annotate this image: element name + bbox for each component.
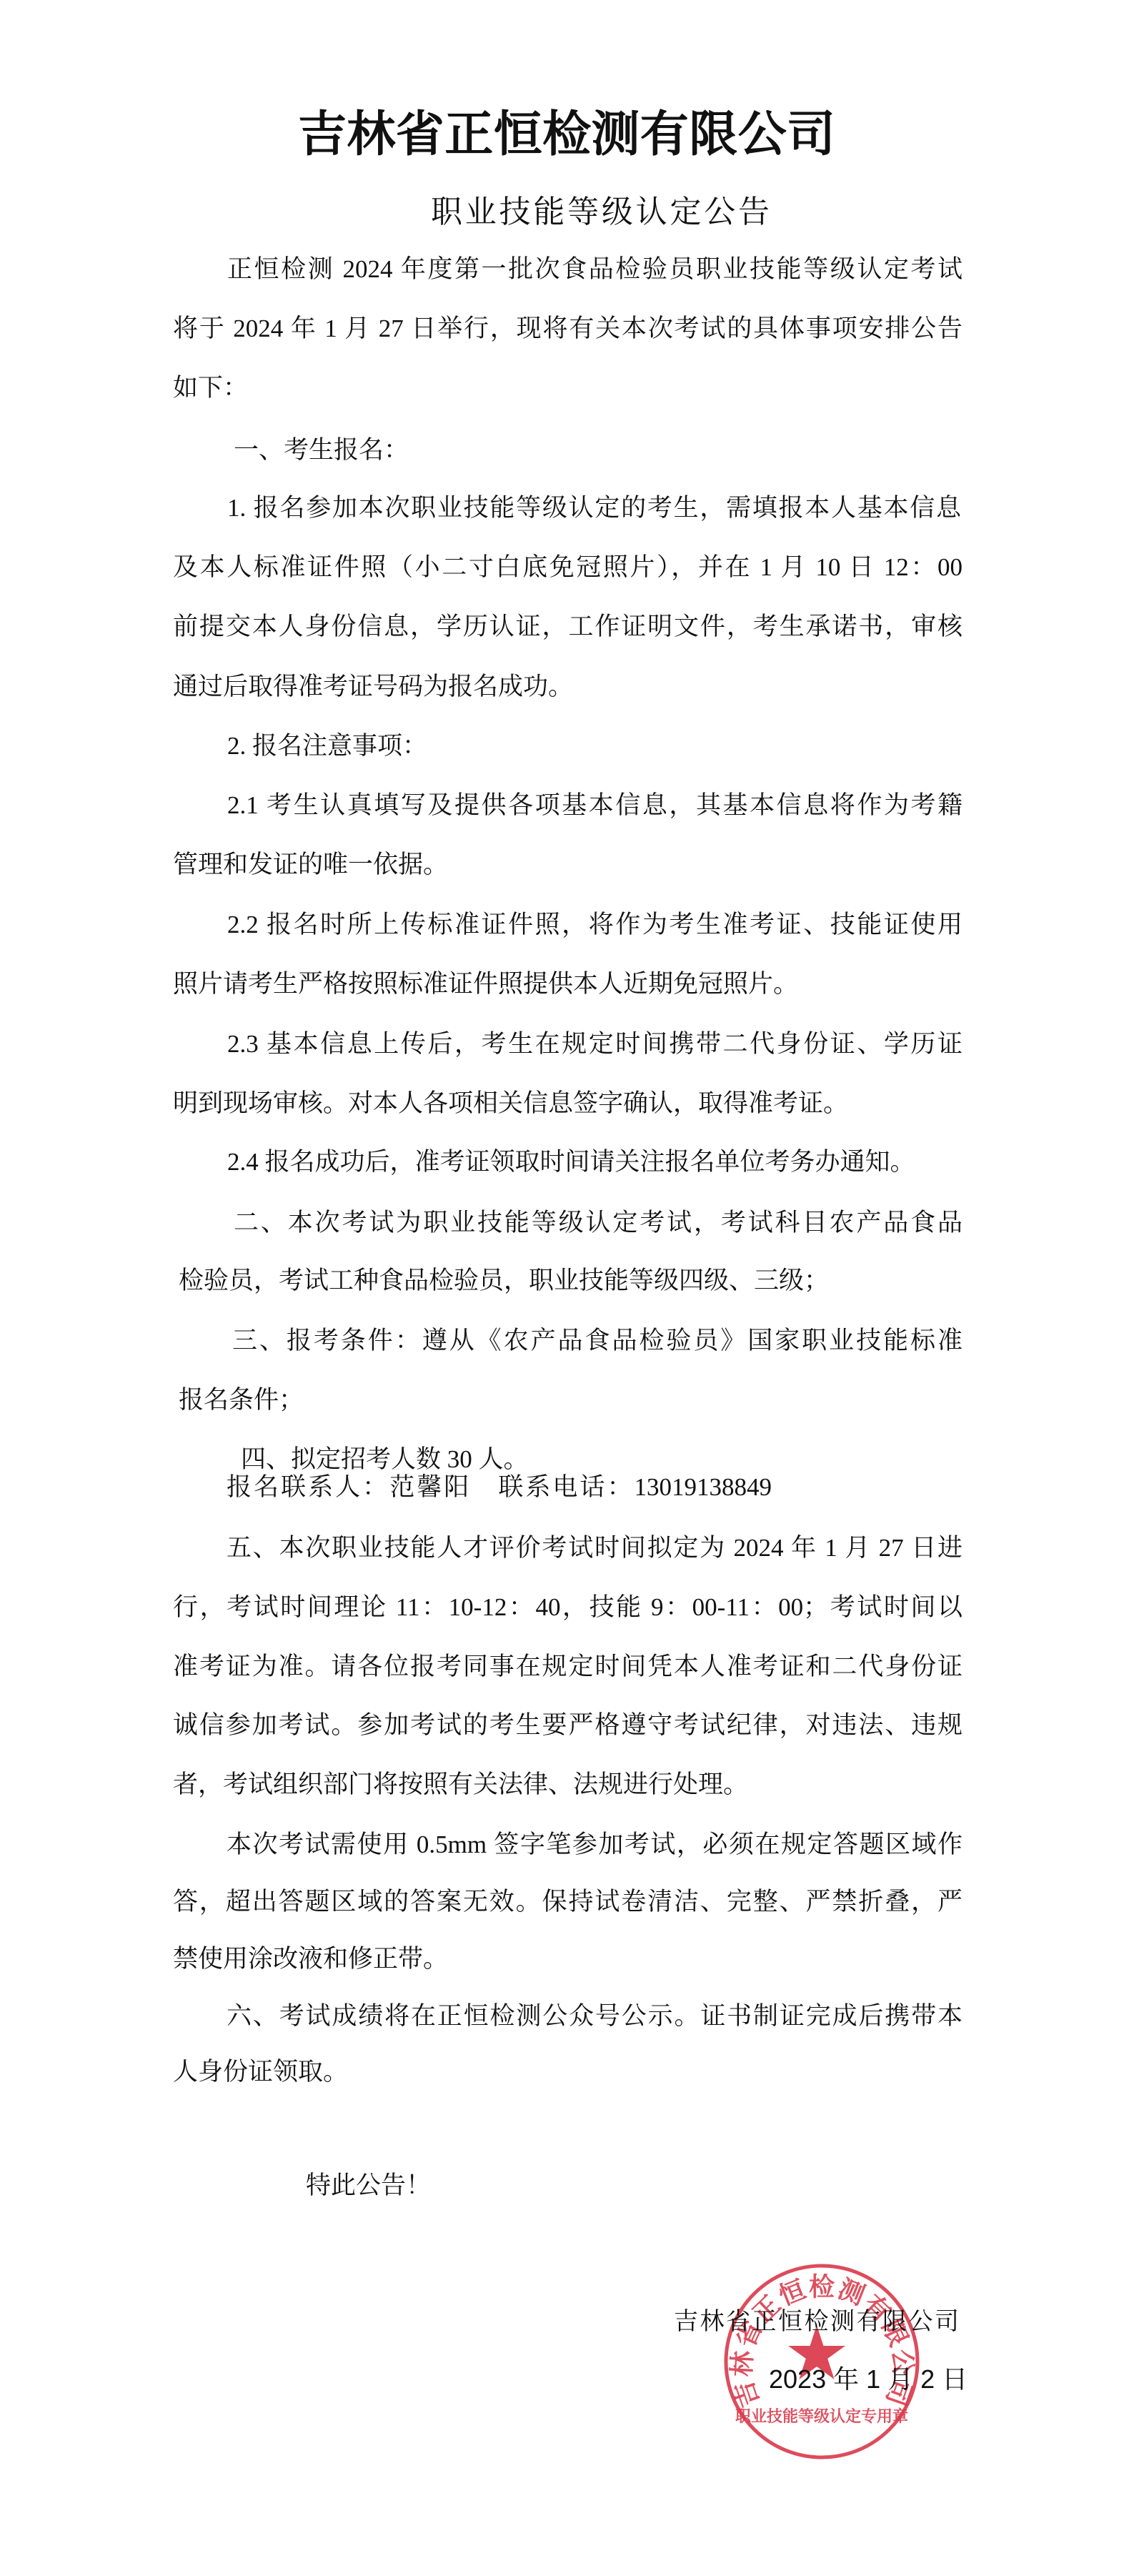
body-line: 正恒检测 2024 年度第一批次食品检验员职业技能等级认定考试 <box>227 255 963 284</box>
body-line: 明到现场审核。对本人各项相关信息签字确认，取得准考证。 <box>173 1089 848 1118</box>
document-page: 吉林省正恒检测有限公司 职业技能等级认定公告 正恒检测 2024 年度第一批次食… <box>0 0 1134 2576</box>
body-line: 报名条件； <box>179 1386 304 1415</box>
body-line: 本次考试需使用 0.5mm 签字笔参加考试，必须在规定答题区域作 <box>227 1831 963 1859</box>
body-line: 禁使用涂改液和修正带。 <box>173 1945 448 1973</box>
body-line: 管理和发证的唯一依据。 <box>173 851 448 879</box>
body-line: 人身份证领取。 <box>173 2058 348 2086</box>
body-line: 诚信参加考试。参加考试的考生要严格遵守考试纪律，对违法、违规 <box>173 1711 963 1740</box>
body-line: 将于 2024 年 1 月 27 日举行，现将有关本次考试的具体事项安排公告 <box>173 314 963 343</box>
announcement-subtitle: 职业技能等级认定公告 <box>431 193 770 232</box>
body-line: 四、拟定招考人数 30 人。 <box>241 1445 529 1474</box>
body-line: 2.4 报名成功后，准考证领取时间请关注报名单位考务办通知。 <box>227 1148 915 1176</box>
body-line: 2.2 报名时所上传标准证件照，将作为考生准考证、技能证使用 <box>227 911 963 939</box>
body-line: 准考证为准。请各位报考同事在规定时间凭本人准考证和二代身份证 <box>173 1653 963 1681</box>
body-line: 一、考生报名： <box>234 436 409 465</box>
body-line: 2.1 考生认真填写及提供各项基本信息，其基本信息将作为考籍 <box>227 791 963 820</box>
official-seal-stamp: 吉林省正恒检测有限公司 职业技能等级认定专用章 <box>722 2261 922 2462</box>
company-title: 吉林省正恒检测有限公司 <box>298 106 835 163</box>
body-line: 五、本次职业技能人才评价考试时间拟定为 2024 年 1 月 27 日进 <box>227 1534 963 1562</box>
body-line: 1. 报名参加本次职业技能等级认定的考生，需填报本人基本信息 <box>227 494 961 522</box>
body-line: 答，超出答题区域的答案无效。保持试卷清洁、完整、严禁折叠，严 <box>173 1888 963 1916</box>
body-line: 二、本次考试为职业技能等级认定考试，考试科目农产品食品 <box>234 1209 963 1237</box>
body-line: 三、报考条件：遵从《农产品食品检验员》国家职业技能标准 <box>232 1327 963 1355</box>
seal-bottom-text: 职业技能等级认定专用章 <box>735 2407 908 2426</box>
body-line: 及本人标准证件照（小二寸白底免冠照片），并在 1 月 10 日 12：00 <box>173 553 963 582</box>
body-line: 行，考试时间理论 11：10-12：40，技能 9：00-11：00；考试时间以 <box>173 1593 963 1622</box>
body-line: 如下： <box>173 374 248 402</box>
body-line: 六、考试成绩将在正恒检测公众号公示。证书制证完成后携带本 <box>227 2002 963 2031</box>
signature-company: 吉林省正恒检测有限公司 <box>674 2306 959 2337</box>
body-line: 前提交本人身份信息，学历认证，工作证明文件，考生承诺书，审核 <box>173 613 963 641</box>
body-line: 2. 报名注意事项： <box>227 732 427 761</box>
closing-remark: 特此公告！ <box>306 2170 431 2201</box>
body-line: 照片请考生严格按照标准证件照提供本人近期免冠照片。 <box>173 970 798 999</box>
body-line: 通过后取得准考证号码为报名成功。 <box>173 673 573 701</box>
body-line: 2.3 基本信息上传后，考生在规定时间携带二代身份证、学历证 <box>227 1030 963 1059</box>
body-line: 检验员，考试工种食品检验员，职业技能等级四级、三级； <box>179 1267 829 1295</box>
body-line: 报名联系人：范馨阳 联系电话：13019138849 <box>227 1473 772 1502</box>
seal-icon: 吉林省正恒检测有限公司 职业技能等级认定专用章 <box>722 2261 922 2462</box>
signature-date: 2023 年 1 月 2 日 <box>769 2363 959 2396</box>
body-line: 者，考试组织部门将按照有关法律、法规进行处理。 <box>173 1770 748 1799</box>
